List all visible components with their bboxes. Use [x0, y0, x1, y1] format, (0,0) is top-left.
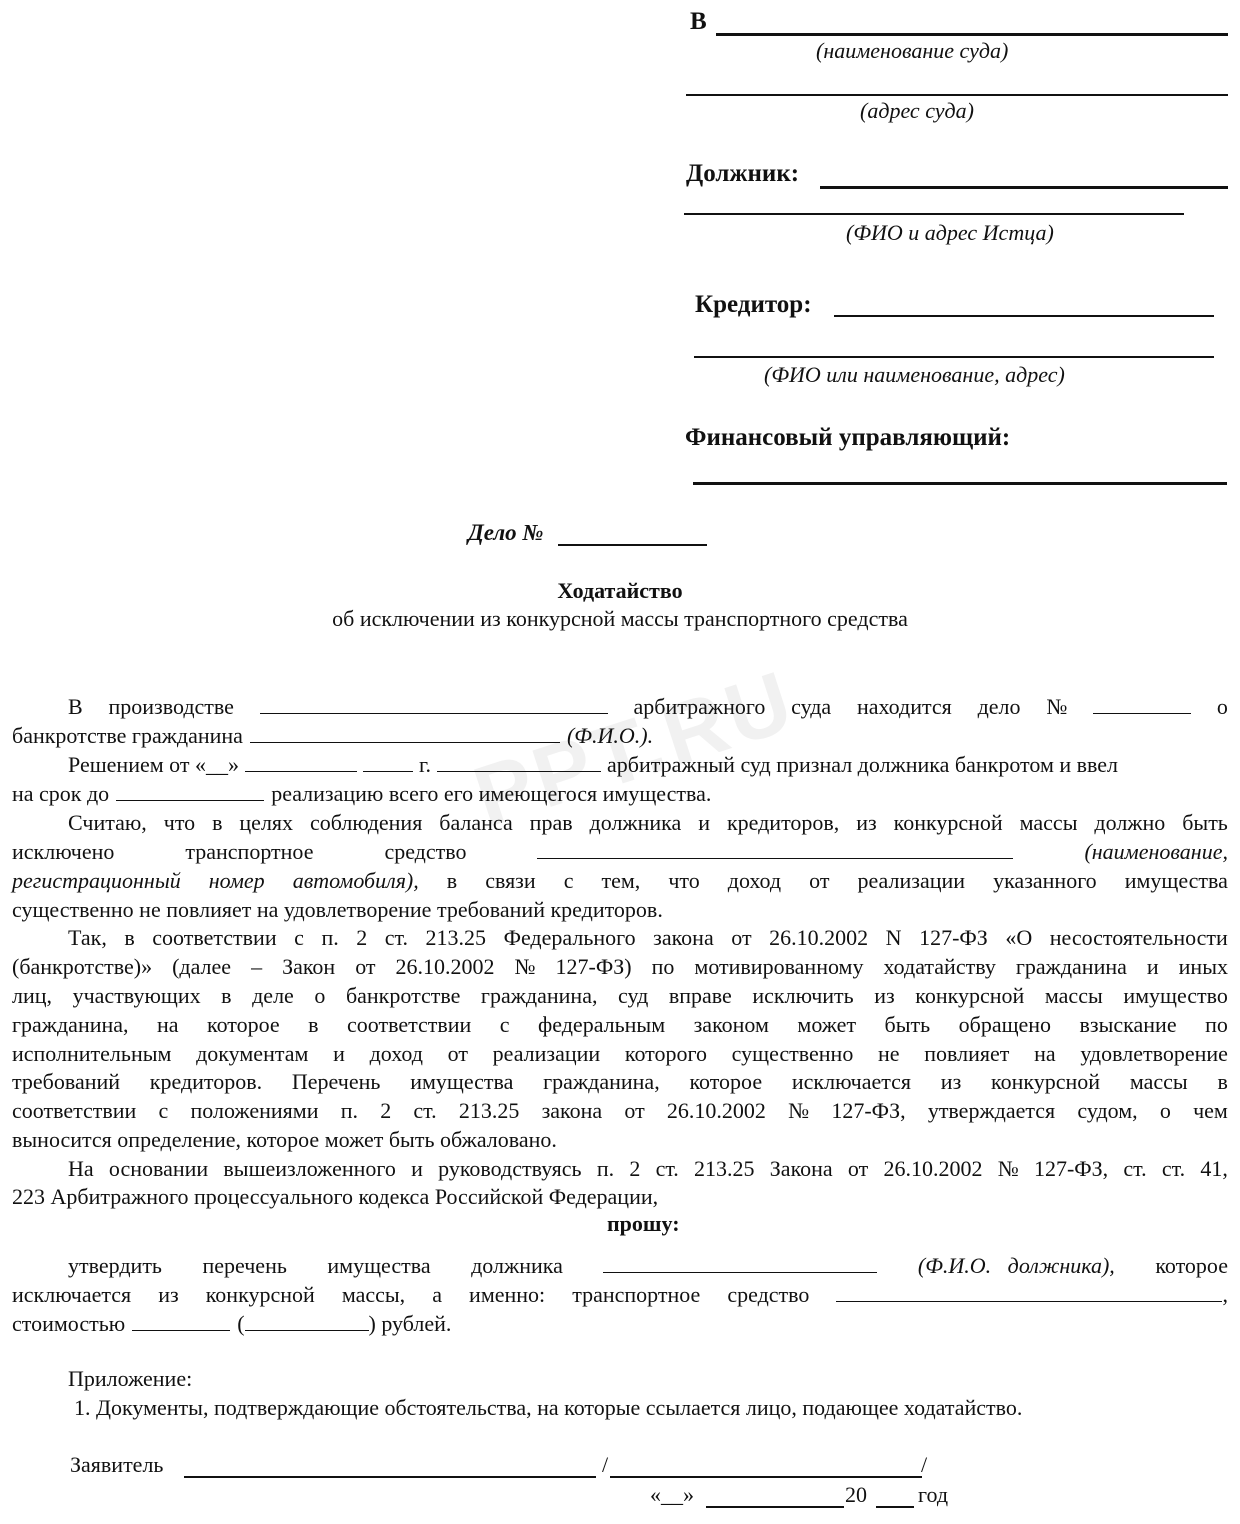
slash-right: / — [921, 1452, 927, 1478]
p3-line4: существенно не повлияет на удовлетворени… — [12, 895, 1228, 924]
date-year-suffix: год — [918, 1482, 948, 1508]
manager-label: Финансовый управляющий: — [685, 424, 1010, 452]
p3-line3: регистрационныйномеравтомобиля),всвязист… — [12, 866, 1228, 895]
date-month-blank[interactable] — [706, 1506, 844, 1508]
creditor-address-blank[interactable] — [694, 356, 1214, 358]
p5-line2: 223 Арбитражного процессуального кодекса… — [12, 1182, 1228, 1211]
court-name-blank-2[interactable] — [437, 751, 601, 772]
p4-line1: Так,всоответствиисп.2ст.213.25Федерально… — [68, 923, 1228, 952]
debtor-blank[interactable] — [820, 186, 1228, 189]
court-blank[interactable] — [260, 693, 608, 714]
p1-line2: банкротстве гражданина (Ф.И.О.). — [12, 721, 1228, 750]
p4-line6: требованийкредиторов.Переченьимуществагр… — [12, 1067, 1228, 1096]
court-name-hint: (наименование суда) — [816, 38, 1008, 64]
cost-digits-blank[interactable] — [132, 1310, 230, 1331]
case-no-blank[interactable] — [1093, 693, 1191, 714]
creditor-label: Кредитор: — [695, 291, 812, 319]
case-number-blank[interactable] — [558, 544, 707, 546]
p5-line1: Наоснованиивышеизложенногоируководствуяс… — [68, 1154, 1228, 1183]
slash-left: / — [602, 1452, 608, 1478]
p6-line3: стоимостью ( ) рублей. — [12, 1309, 1228, 1338]
decision-year-blank[interactable] — [363, 751, 413, 772]
p1-line1: В производстве арбитражного суда находит… — [68, 692, 1228, 721]
p3-line1: Считаю,чтовцеляхсоблюдениябалансаправдол… — [68, 808, 1228, 837]
p4-line2: (банкротстве)»(далее–Законот26.10.2002№1… — [12, 952, 1228, 981]
p4-line7: соответствиисположениямип.2ст.213.25зако… — [12, 1096, 1228, 1125]
vehicle-blank-2[interactable] — [836, 1281, 1222, 1302]
appendix-label: Приложение: — [68, 1366, 192, 1392]
court-prefix: В — [690, 8, 707, 36]
p4-line3: лиц,участвующихвделеобанкротствеграждани… — [12, 981, 1228, 1010]
date-day: «__» — [650, 1482, 694, 1508]
vehicle-blank[interactable] — [537, 838, 1013, 859]
document-title: Ходатайство — [0, 578, 1240, 604]
signature-blank[interactable] — [184, 1476, 596, 1478]
appendix-item-1: 1. Документы, подтверждающие обстоятельс… — [74, 1395, 1022, 1421]
decision-month-blank[interactable] — [245, 751, 357, 772]
creditor-blank[interactable] — [834, 315, 1214, 317]
p6-line2: исключается из конкурсной массы, а именн… — [12, 1280, 1228, 1309]
p2-line2: на срок до реализацию всего его имеющего… — [12, 779, 1228, 808]
p4-line8: выносится определение, которое может быт… — [12, 1125, 1228, 1154]
applicant-name-blank[interactable] — [610, 1476, 922, 1478]
p4-line4: гражданина,накотороевсоответствиисфедера… — [12, 1010, 1228, 1039]
date-year-prefix: 20 — [845, 1482, 867, 1508]
p6-line1: утвердить перечень имущества должника (Ф… — [68, 1251, 1228, 1280]
p3-line2: исключено транспортное средство (наимено… — [12, 837, 1228, 866]
debtor-address-blank[interactable] — [684, 213, 1184, 215]
court-address-blank[interactable] — [686, 94, 1228, 96]
p4-line5: исполнительнымдокументамидоходотреализац… — [12, 1039, 1228, 1068]
case-number-label: Дело № — [468, 520, 543, 546]
debtor-hint: (ФИО и адрес Истца) — [846, 220, 1054, 246]
document-subtitle: об исключении из конкурсной массы трансп… — [0, 606, 1240, 632]
debtor-name-blank[interactable] — [603, 1252, 877, 1273]
debtor-label: Должник: — [686, 160, 799, 188]
p2-line1: Решением от «__» г. арбитражный суд приз… — [68, 750, 1228, 779]
court-name-blank[interactable] — [716, 33, 1228, 36]
cost-words-blank[interactable] — [245, 1310, 369, 1331]
creditor-hint: (ФИО или наименование, адрес) — [764, 362, 1065, 388]
court-address-hint: (адрес суда) — [860, 98, 974, 124]
citizen-name-blank[interactable] — [250, 722, 560, 743]
date-year-blank[interactable] — [876, 1506, 914, 1508]
request-label: прошу: — [607, 1211, 680, 1237]
applicant-label: Заявитель — [70, 1452, 163, 1478]
manager-blank[interactable] — [693, 482, 1227, 485]
term-blank[interactable] — [116, 780, 264, 801]
